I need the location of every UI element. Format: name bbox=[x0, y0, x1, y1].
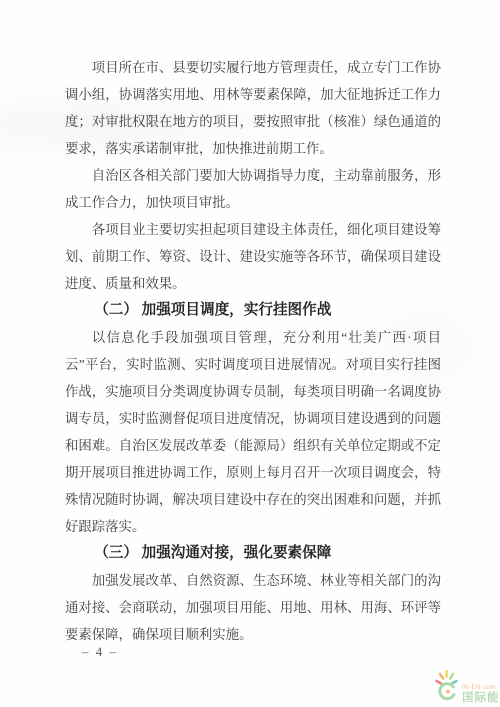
watermark-site-name: 国际能源网 bbox=[462, 692, 500, 705]
section-heading: （二） 加强项目调度，实行挂图作战 bbox=[65, 297, 441, 324]
section-heading: （三） 加强沟通对接，强化要素保障 bbox=[65, 540, 441, 567]
document-body: 项目所在市、县要切实履行地方管理责任，成立专门工作协调小组，协调落实用地、用林等… bbox=[65, 54, 441, 648]
page-number: – 4 – bbox=[82, 643, 118, 661]
paragraph: 各项目业主要切实担起项目建设主体责任，细化项目建设筹划、前期工作、筹资、设计、建… bbox=[65, 216, 441, 297]
paragraph: 加强发展改革、自然资源、生态环境、林业等相关部门的沟通对接、会商联动，加强项目用… bbox=[65, 567, 441, 648]
watermark: IN-EN.com 国际能源网 bbox=[433, 669, 500, 707]
paragraph: 项目所在市、县要切实履行地方管理责任，成立专门工作协调小组，协调落实用地、用林等… bbox=[65, 54, 441, 162]
paragraph: 自治区各相关部门要加大协调指导力度，主动靠前服务，形成工作合力，加快项目审批。 bbox=[65, 162, 441, 216]
energy-burst-logo-icon bbox=[433, 666, 460, 707]
watermark-domain-text: IN-EN.com bbox=[462, 685, 500, 692]
paragraph: 以信息化手段加强项目管理，充分利用“壮美广西·项目云”平台，实时监测、实时调度项… bbox=[65, 324, 441, 540]
document-page: 项目所在市、县要切实履行地方管理责任，成立专门工作协调小组，协调落实用地、用林等… bbox=[0, 0, 500, 707]
watermark-text-block: IN-EN.com 国际能源网 bbox=[462, 685, 500, 707]
